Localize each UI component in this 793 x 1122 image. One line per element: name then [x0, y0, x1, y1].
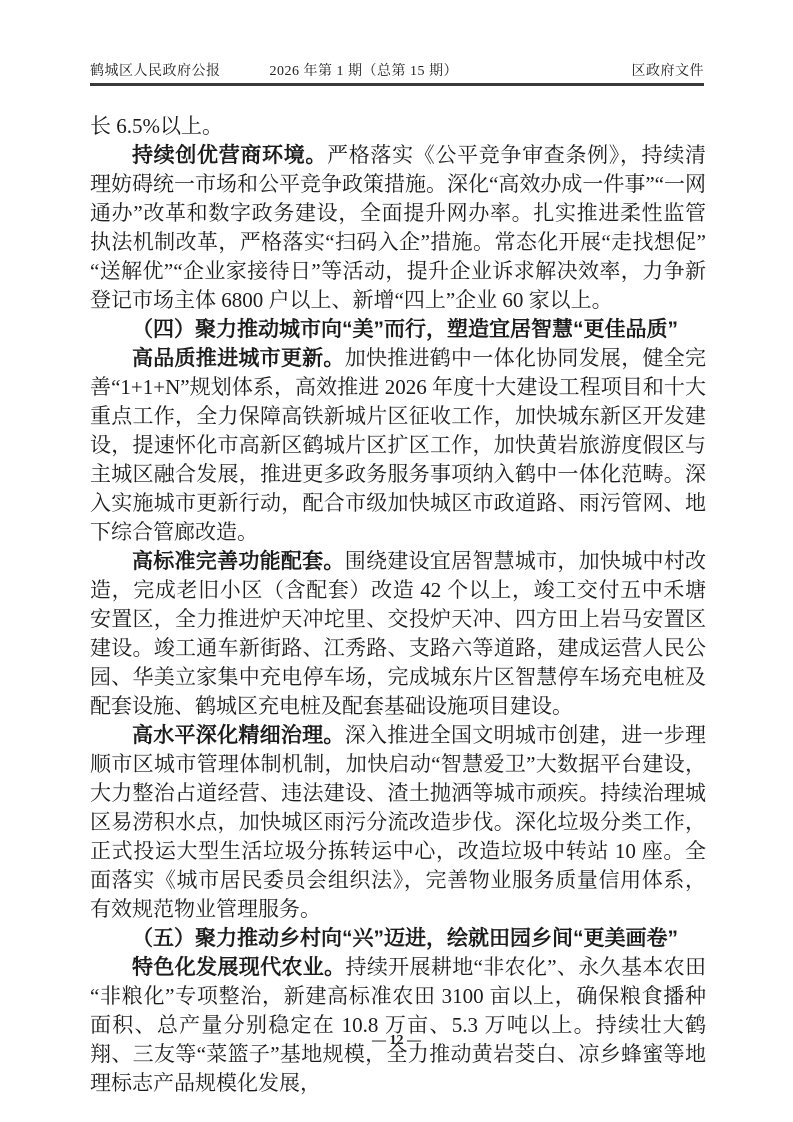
- paragraph-text: 长 6.5%以上。: [90, 114, 223, 138]
- section-heading-5: （五）聚力推动乡村向“兴”迈进，绘就田园乡间“更美画卷”: [90, 924, 706, 953]
- paragraph-urban-renewal: 高品质推进城市更新。加快推进鹤中一体化协同发展，健全完善“1+1+N”规划体系，…: [90, 344, 706, 547]
- publication-title: 鹤城区人民政府公报: [90, 60, 221, 80]
- paragraph-text: 严格落实《公平竞争审查条例》，持续清理妨碍统一市场和公平竞争政策措施。深化“高效…: [90, 143, 706, 312]
- paragraph-fine-governance: 高水平深化精细治理。深入推进全国文明城市创建，进一步理顺市区城市管理体制机制，加…: [90, 721, 706, 924]
- issue-number: 2026 年第 1 期（总第 15 期）: [270, 60, 459, 80]
- paragraph-text: 加快推进鹤中一体化协同发展，健全完善“1+1+N”规划体系，高效推进 2026 …: [90, 346, 706, 544]
- section-heading-text: （四）聚力推动城市向“美”而行，塑造宜居智慧“更佳品质”: [132, 318, 678, 341]
- paragraph-continuation: 长 6.5%以上。: [90, 112, 706, 141]
- section-heading-4: （四）聚力推动城市向“美”而行，塑造宜居智慧“更佳品质”: [90, 315, 706, 344]
- paragraph-business-environment: 持续创优营商环境。严格落实《公平竞争审查条例》，持续清理妨碍统一市场和公平竞争政…: [90, 141, 706, 315]
- document-body: 长 6.5%以上。 持续创优营商环境。严格落实《公平竞争审查条例》，持续清理妨碍…: [90, 112, 706, 1098]
- paragraph-functional-facilities: 高标准完善功能配套。围绕建设宜居智慧城市，加快城中村改造，完成老旧小区（含配套）…: [90, 547, 706, 721]
- paragraph-text: 深入推进全国文明城市创建，进一步理顺市区城市管理体制机制，加快启动“智慧爱卫”大…: [90, 723, 706, 921]
- paragraph-text: 围绕建设宜居智慧城市，加快城中村改造，完成老旧小区（含配套）改造 42 个以上，…: [90, 549, 706, 718]
- section-heading-text: （五）聚力推动乡村向“兴”迈进，绘就田园乡间“更美画卷”: [132, 927, 678, 950]
- paragraph-lead: 特色化发展现代农业。: [132, 956, 345, 979]
- paragraph-lead: 高标准完善功能配套。: [132, 550, 345, 573]
- page-number: — 12 —: [372, 1033, 421, 1048]
- document-category: 区政府文件: [632, 60, 705, 80]
- page-header: 鹤城区人民政府公报 2026 年第 1 期（总第 15 期） 区政府文件: [90, 60, 704, 80]
- paragraph-lead: 高水平深化精细治理。: [132, 724, 345, 747]
- bulletin-page: 鹤城区人民政府公报 2026 年第 1 期（总第 15 期） 区政府文件 长 6…: [0, 0, 793, 1122]
- paragraph-lead: 高品质推进城市更新。: [132, 347, 345, 370]
- paragraph-lead: 持续创优营商环境。: [132, 144, 327, 167]
- header-divider: [90, 83, 704, 86]
- paragraph-modern-agriculture: 特色化发展现代农业。持续开展耕地“非农化”、永久基本农田“非粮化”专项整治，新建…: [90, 953, 706, 1098]
- page-footer: — 12 —: [0, 1033, 793, 1049]
